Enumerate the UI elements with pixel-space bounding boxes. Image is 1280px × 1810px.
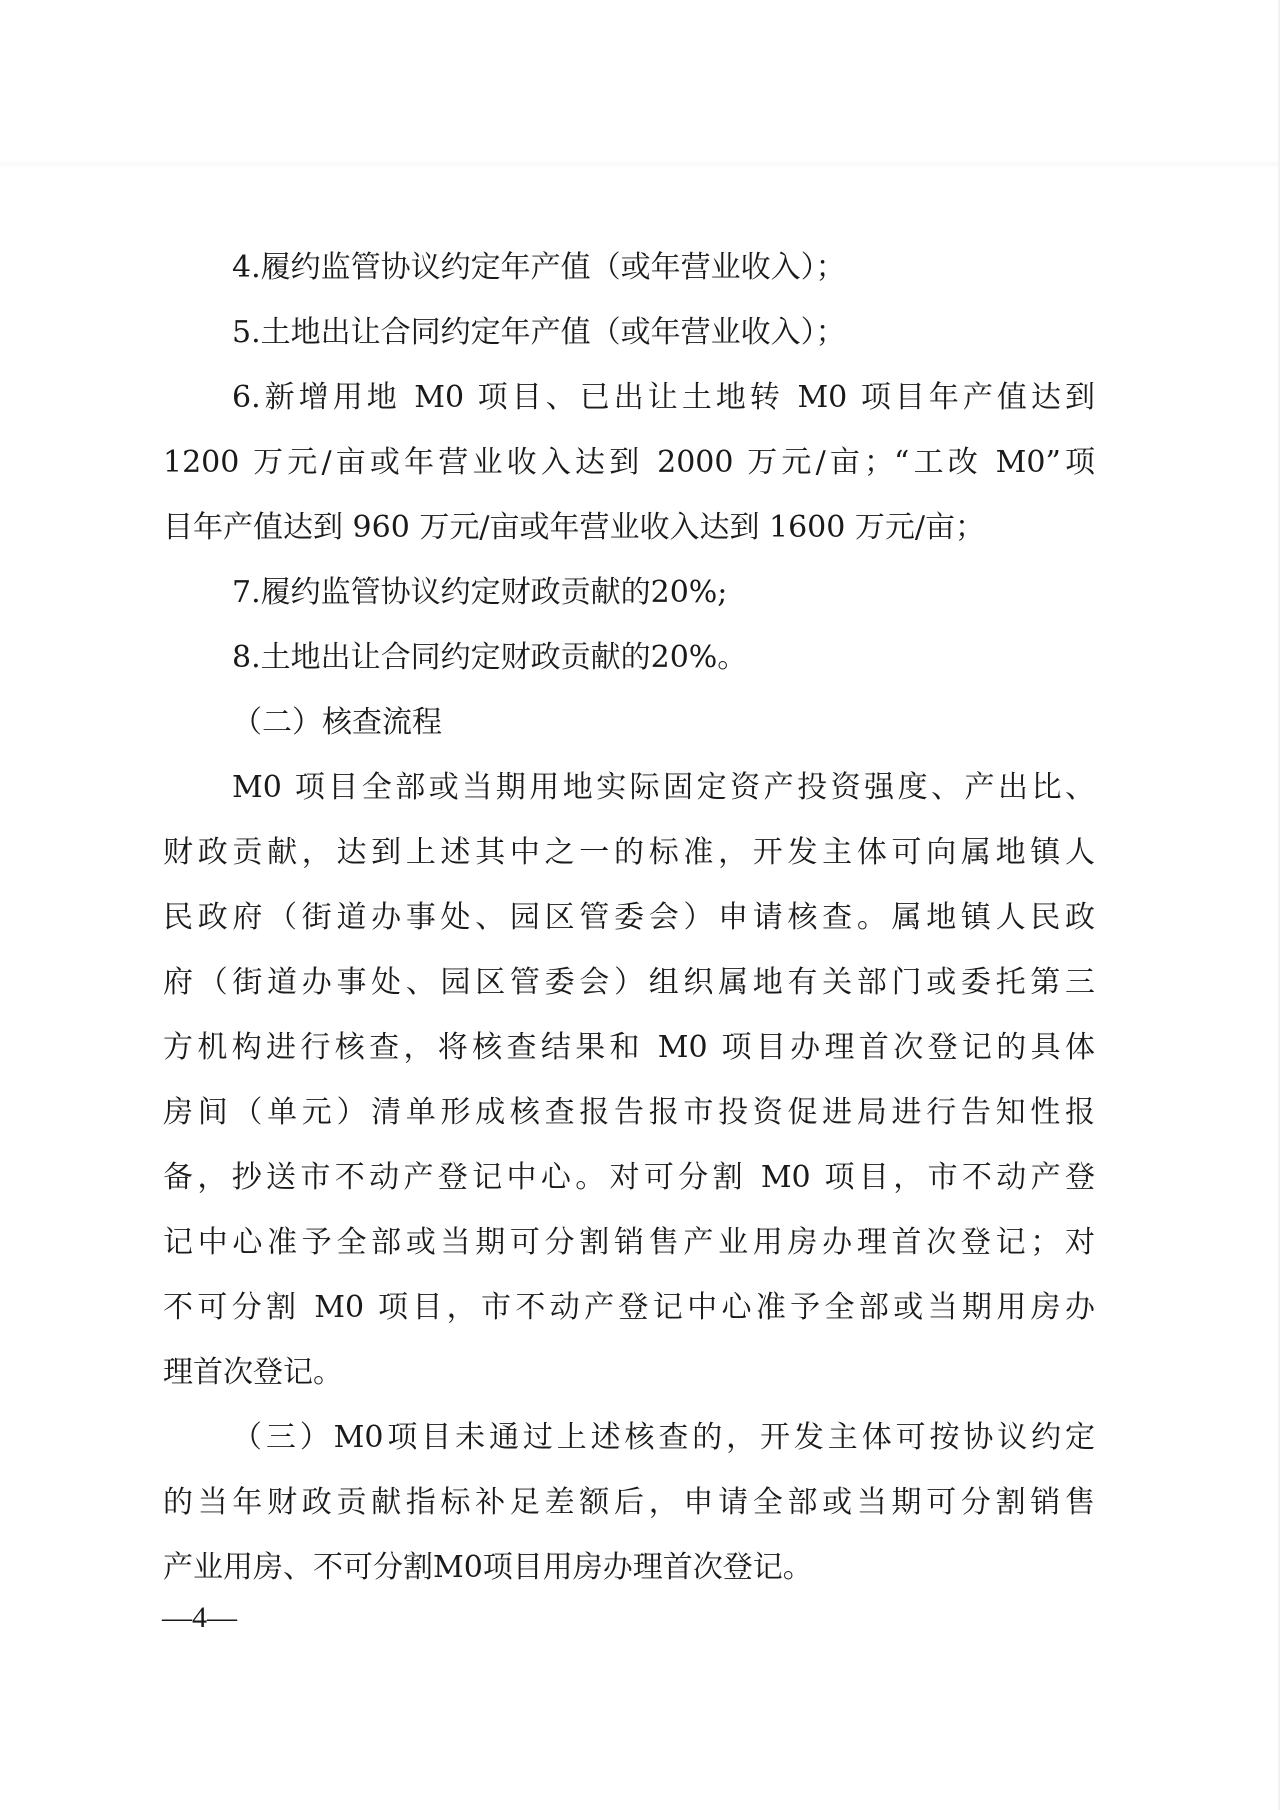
list-item-5: 5.土地出让合同约定年产值（或年营业收入）； bbox=[163, 300, 1095, 365]
paragraph-section-three-line-3: 产业用房、不可分割M0项目用房办理首次登记。 bbox=[163, 1535, 1095, 1600]
paragraph-verification-line-6: 房间（单元）清单形成核查报告报市投资促进局进行告知性报 bbox=[163, 1080, 1095, 1145]
paragraph-verification-line-2: 财政贡献，达到上述其中之一的标准，开发主体可向属地镇人 bbox=[163, 820, 1095, 885]
paragraph-verification-line-1: M0 项目全部或当期用地实际固定资产投资强度、产出比、 bbox=[163, 755, 1095, 820]
paragraph-verification-line-3: 民政府（街道办事处、园区管委会）申请核查。属地镇人民政 bbox=[163, 885, 1095, 950]
list-item-6-line-2: 1200 万元/亩或年营业收入达到 2000 万元/亩；“工改 M0”项 bbox=[163, 430, 1095, 495]
scan-artifact-band bbox=[0, 160, 1280, 168]
paragraph-verification-line-8: 记中心准予全部或当期可分割销售产业用房办理首次登记；对 bbox=[163, 1210, 1095, 1275]
paragraph-verification-line-5: 方机构进行核查，将核查结果和 M0 项目办理首次登记的具体 bbox=[163, 1015, 1095, 1080]
section-heading-verification-process: （二）核查流程 bbox=[163, 690, 1095, 755]
paragraph-verification-line-9: 不可分割 M0 项目，市不动产登记中心准予全部或当期用房办 bbox=[163, 1275, 1095, 1340]
page-number: —4— bbox=[162, 1597, 237, 1639]
document-body: 4.履约监管协议约定年产值（或年营业收入）； 5.土地出让合同约定年产值（或年营… bbox=[163, 235, 1095, 1600]
list-item-6-line-3: 目年产值达到 960 万元/亩或年营业收入达到 1600 万元/亩； bbox=[163, 495, 1095, 560]
list-item-8: 8.土地出让合同约定财政贡献的20%。 bbox=[163, 625, 1095, 690]
paragraph-section-three-line-1: （三）M0项目未通过上述核查的，开发主体可按协议约定 bbox=[163, 1405, 1095, 1470]
paragraph-verification-line-4: 府（街道办事处、园区管委会）组织属地有关部门或委托第三 bbox=[163, 950, 1095, 1015]
list-item-4: 4.履约监管协议约定年产值（或年营业收入）； bbox=[163, 235, 1095, 300]
paragraph-verification-line-10: 理首次登记。 bbox=[163, 1340, 1095, 1405]
list-item-6-line-1: 6.新增用地 M0 项目、已出让土地转 M0 项目年产值达到 bbox=[163, 365, 1095, 430]
list-item-7: 7.履约监管协议约定财政贡献的20%; bbox=[163, 560, 1095, 625]
paragraph-verification-line-7: 备，抄送市不动产登记中心。对可分割 M0 项目，市不动产登 bbox=[163, 1145, 1095, 1210]
paragraph-section-three-line-2: 的当年财政贡献指标补足差额后，申请全部或当期可分割销售 bbox=[163, 1470, 1095, 1535]
